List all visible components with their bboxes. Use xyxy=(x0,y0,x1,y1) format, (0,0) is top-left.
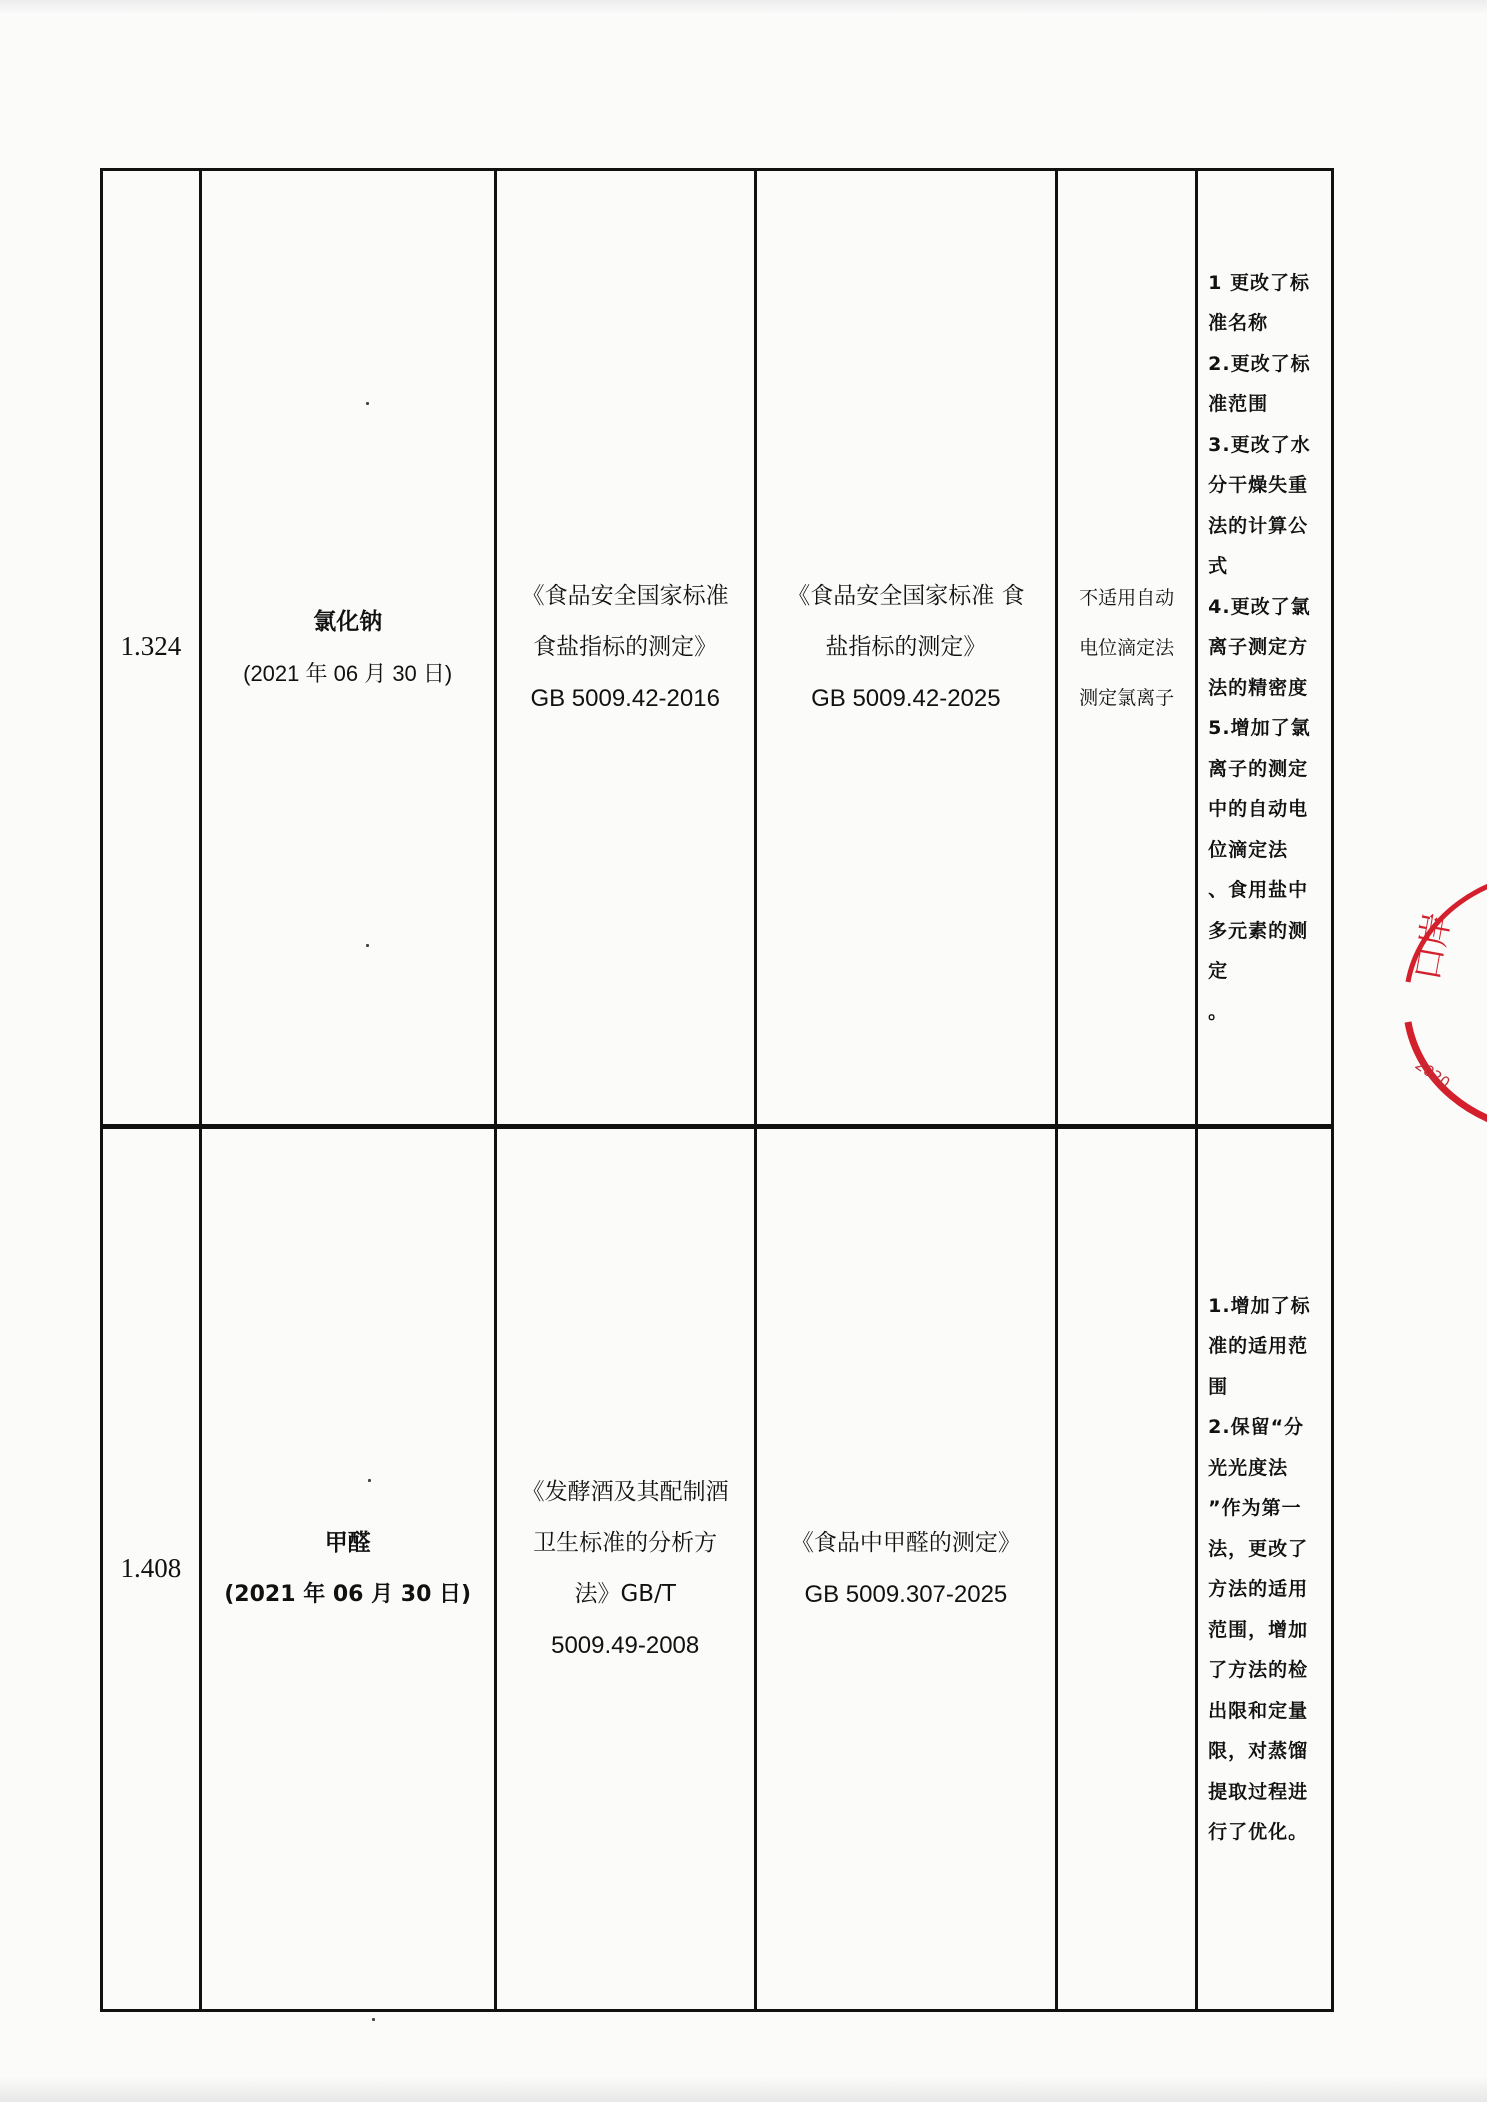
change-note-line: 3.更改了水 xyxy=(1208,425,1325,466)
change-note-line: 范围，增加 xyxy=(1208,1610,1325,1651)
change-note-line: 。 xyxy=(1208,992,1325,1033)
change-note-line: 方法的适用 xyxy=(1208,1569,1325,1610)
table-row: 1.408 甲醛 (2021 年 06 月 30 日) 《发酵酒及其配制酒 卫生… xyxy=(102,1127,1333,2011)
change-note-line: 光光度法 xyxy=(1208,1448,1325,1489)
new-standard-code: GB 5009.42-2025 xyxy=(763,673,1049,724)
change-note-line: 式 xyxy=(1208,546,1325,587)
change-note-line: 、食用盐中 xyxy=(1208,870,1325,911)
change-note-line: 4.更改了氯 xyxy=(1208,587,1325,628)
change-note-line: 定 xyxy=(1208,951,1325,992)
old-standard-cell: 《食品安全国家标准 食盐指标的测定》 GB 5009.42-2016 xyxy=(495,170,755,1127)
change-note-line: 法的精密度 xyxy=(1208,668,1325,709)
item-date: (2021 年 06 月 30 日) xyxy=(208,648,488,699)
seal-ring-top xyxy=(1408,872,1487,982)
change-note-line: 中的自动电 xyxy=(1208,789,1325,830)
change-note-line: 1.增加了标 xyxy=(1208,1286,1325,1327)
old-standard-code: 5009.49-2008 xyxy=(503,1620,748,1671)
new-standard-title-line: 《食品中甲醛的测定》 xyxy=(763,1518,1049,1569)
new-standard-cell: 《食品中甲醛的测定》 GB 5009.307-2025 xyxy=(755,1127,1056,2011)
scan-speck xyxy=(366,402,369,405)
new-standard-code: GB 5009.307-2025 xyxy=(763,1569,1049,1620)
item-name: 甲醛 xyxy=(208,1518,488,1569)
scan-edge-top xyxy=(0,0,1487,14)
scan-speck xyxy=(366,944,369,947)
table-row: 1.324 氯化钠 (2021 年 06 月 30 日) 《食品安全国家标准 食… xyxy=(102,170,1333,1127)
standards-change-table: 1.324 氯化钠 (2021 年 06 月 30 日) 《食品安全国家标准 食… xyxy=(100,168,1334,2012)
scan-edge-bottom xyxy=(0,2076,1487,2102)
scan-speck xyxy=(372,2018,375,2021)
change-note-line: 准范围 xyxy=(1208,384,1325,425)
old-standard-cell: 《发酵酒及其配制酒 卫生标准的分析方 法》GB/T 5009.49-2008 xyxy=(495,1127,755,2011)
official-seal-stamp: 口岸 2020 xyxy=(1398,862,1487,1142)
item-cell: 甲醛 (2021 年 06 月 30 日) xyxy=(200,1127,495,2011)
change-note-line: 了方法的检 xyxy=(1208,1650,1325,1691)
change-note-line: ”作为第一 xyxy=(1208,1488,1325,1529)
old-standard-title-line: 《食品安全国家标准 xyxy=(503,571,748,622)
row-number: 1.324 xyxy=(120,631,181,661)
change-note-line: 分干燥失重 xyxy=(1208,465,1325,506)
old-standard-code: GB 5009.42-2016 xyxy=(503,673,748,724)
change-note-line: 离子的测定 xyxy=(1208,749,1325,790)
change-note-line: 法的计算公 xyxy=(1208,506,1325,547)
item-date: (2021 年 06 月 30 日) xyxy=(208,1569,488,1620)
change-note-line: 围 xyxy=(1208,1367,1325,1408)
new-standard-title-line: 盐指标的测定》 xyxy=(763,622,1049,673)
change-note-line: 提取过程进 xyxy=(1208,1772,1325,1813)
row-number: 1.408 xyxy=(120,1553,181,1583)
row-number-cell: 1.408 xyxy=(102,1127,201,2011)
change-note-line: 多元素的测 xyxy=(1208,911,1325,952)
change-note-line: 1 更改了标 xyxy=(1208,263,1325,304)
new-standard-title-line: 《食品安全国家标准 食 xyxy=(763,571,1049,622)
change-note-line: 行了优化。 xyxy=(1208,1812,1325,1853)
old-standard-title-line: 食盐指标的测定》 xyxy=(503,622,748,673)
change-note-line: 限，对蒸馏 xyxy=(1208,1731,1325,1772)
scope-note-line: 测定氯离子 xyxy=(1064,673,1189,723)
old-standard-title-line: 《发酵酒及其配制酒 xyxy=(503,1467,748,1518)
change-note-line: 2.更改了标 xyxy=(1208,344,1325,385)
seal-text: 口岸 xyxy=(1407,910,1458,984)
change-note-line: 准的适用范 xyxy=(1208,1326,1325,1367)
old-standard-title-line: 卫生标准的分析方 xyxy=(503,1518,748,1569)
item-cell: 氯化钠 (2021 年 06 月 30 日) xyxy=(200,170,495,1127)
change-note-line: 2.保留“分 xyxy=(1208,1407,1325,1448)
seal-number: 2020 xyxy=(1412,1056,1454,1093)
scope-note-line: 不适用自动 xyxy=(1064,573,1189,623)
old-standard-title-line: 法》GB/T xyxy=(503,1569,748,1620)
change-note-line: 5.增加了氯 xyxy=(1208,708,1325,749)
change-note-line: 法，更改了 xyxy=(1208,1529,1325,1570)
change-note-line: 离子测定方 xyxy=(1208,627,1325,668)
new-standard-cell: 《食品安全国家标准 食 盐指标的测定》 GB 5009.42-2025 xyxy=(755,170,1056,1127)
change-notes-cell: 1.增加了标准的适用范围2.保留“分光光度法”作为第一法，更改了方法的适用范围，… xyxy=(1197,1127,1333,2011)
scope-note-cell xyxy=(1057,1127,1197,2011)
scope-note-cell: 不适用自动 电位滴定法 测定氯离子 xyxy=(1057,170,1197,1127)
row-number-cell: 1.324 xyxy=(102,170,201,1127)
change-note-line: 位滴定法 xyxy=(1208,830,1325,871)
change-note-line: 出限和定量 xyxy=(1208,1691,1325,1732)
scan-speck xyxy=(368,1479,371,1482)
change-notes-cell: 1 更改了标准名称2.更改了标准范围3.更改了水分干燥失重法的计算公式4.更改了… xyxy=(1197,170,1333,1127)
scope-note-line: 电位滴定法 xyxy=(1064,623,1189,673)
seal-ring-bottom xyxy=(1408,1022,1487,1132)
item-name: 氯化钠 xyxy=(208,597,488,648)
change-note-line: 准名称 xyxy=(1208,303,1325,344)
